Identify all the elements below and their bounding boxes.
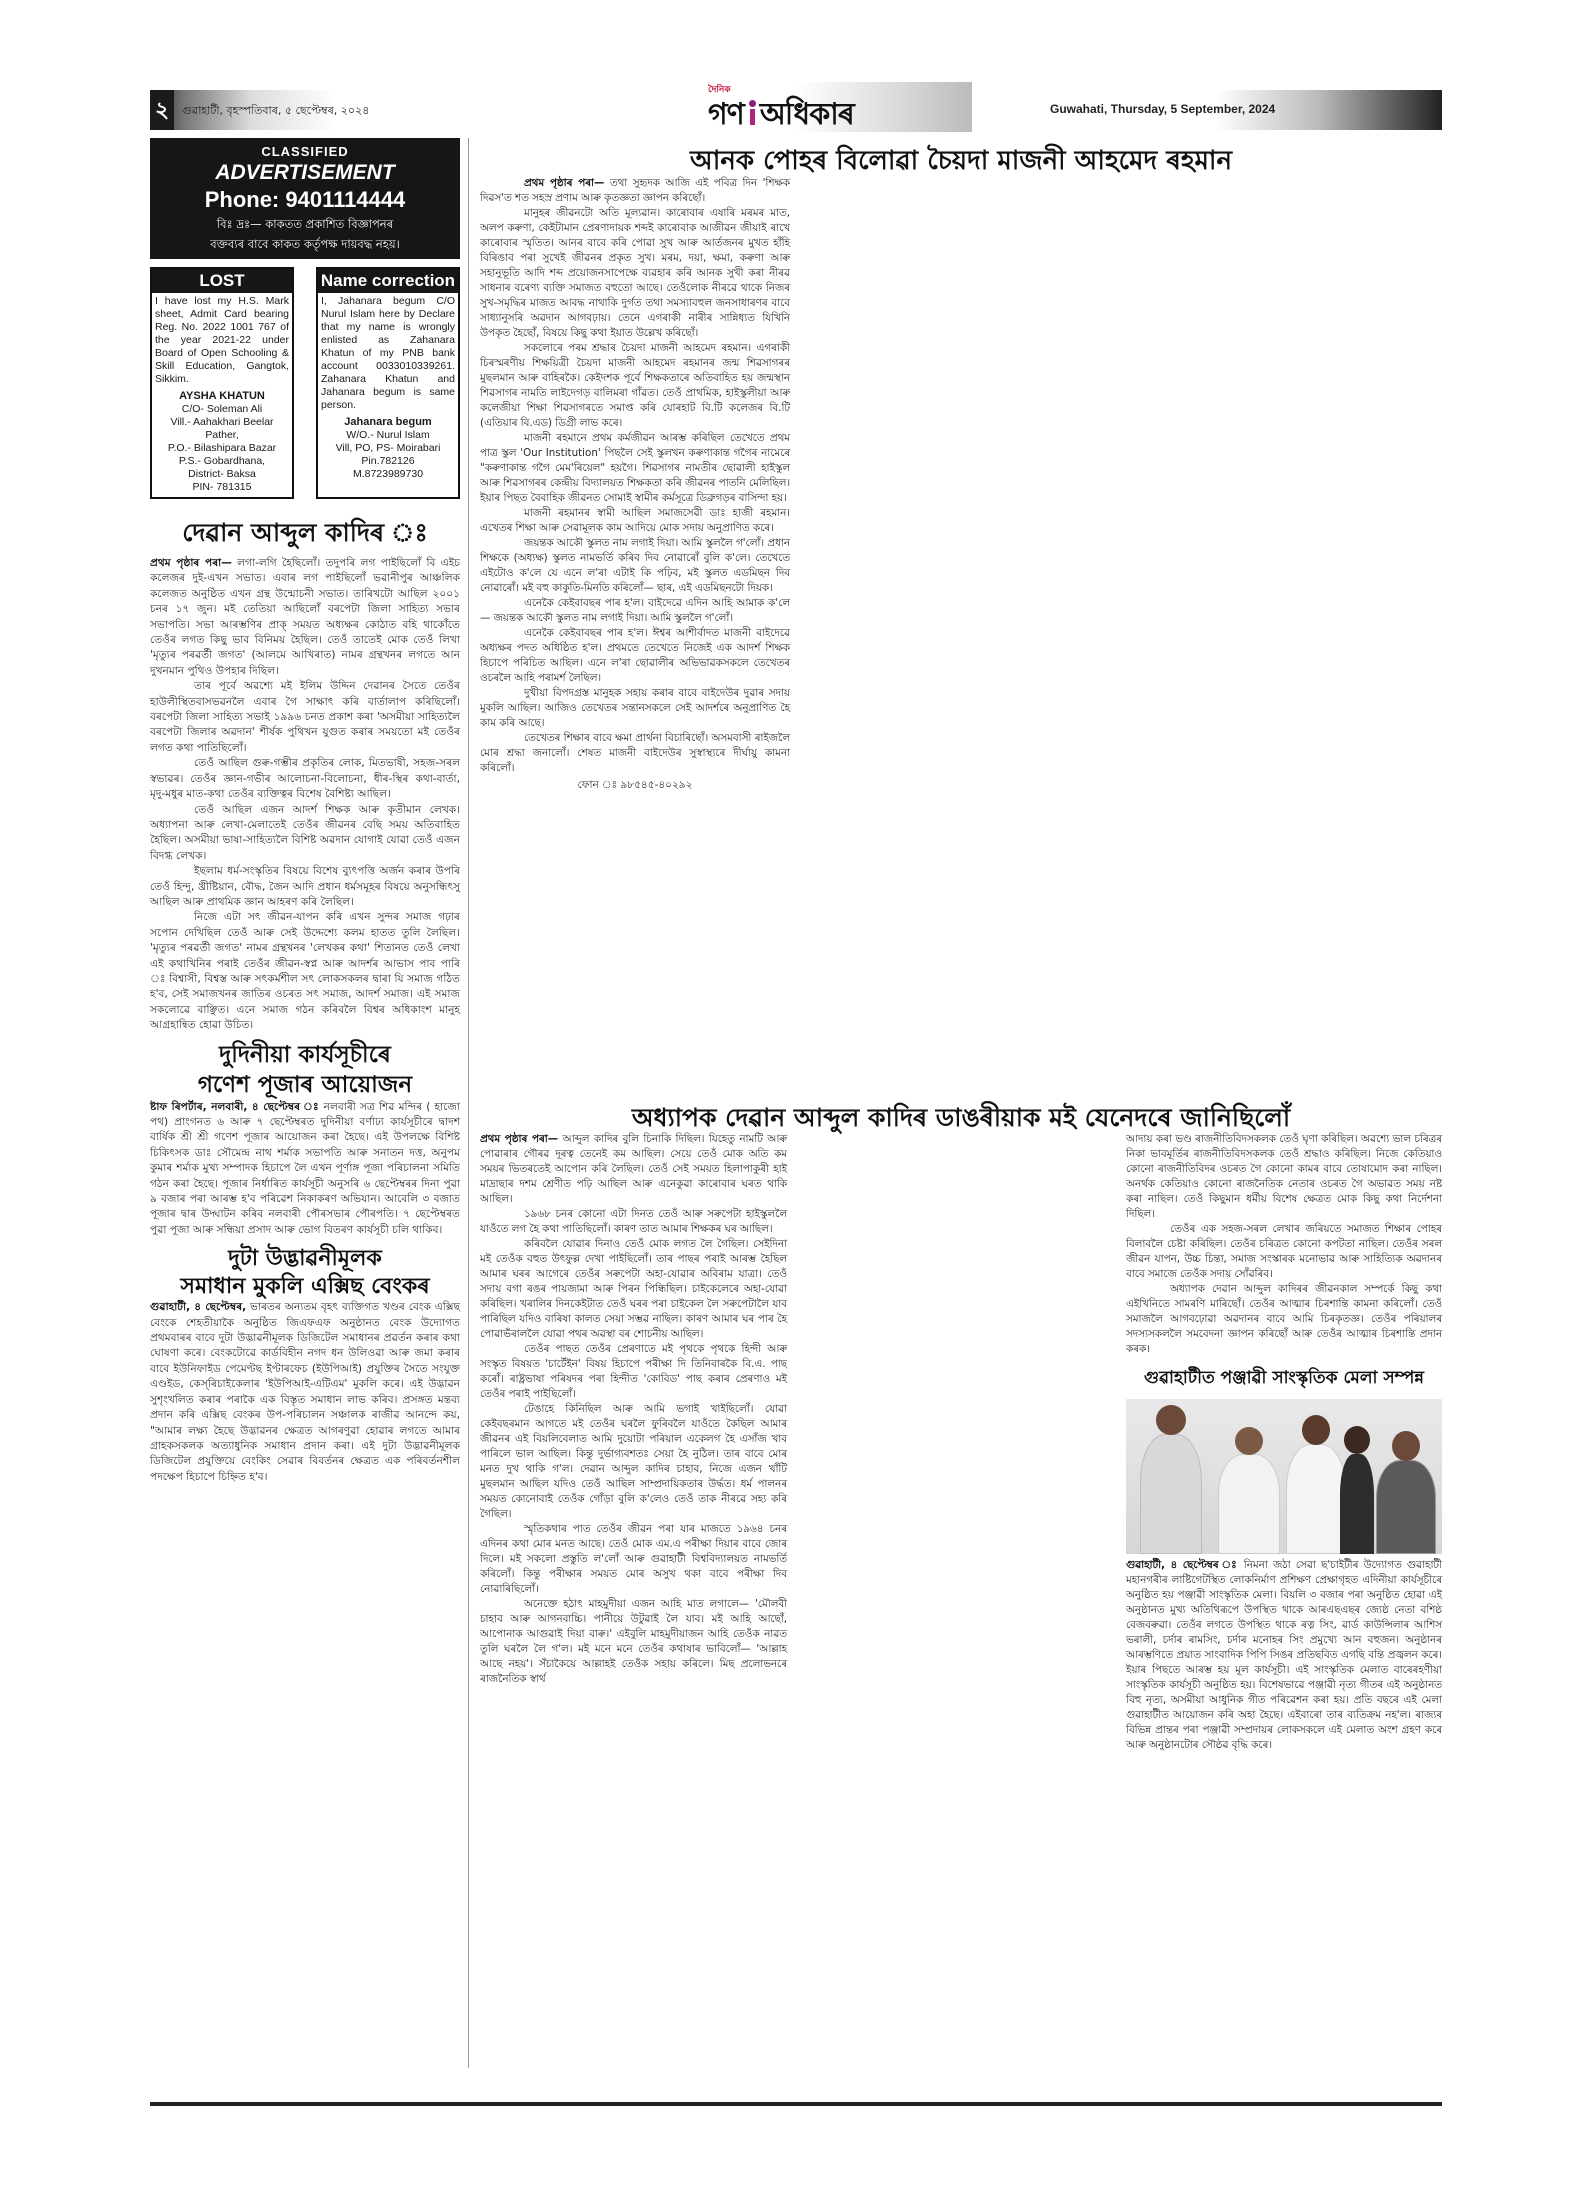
axis-headline-line2: সমাধান মুকলি এক্সিছ বেংকৰ xyxy=(150,1272,460,1300)
axis-text: ভাৰতৰ অন্যতম বৃহৎ ব্যক্তিগত খণ্ডৰ বেংক এ… xyxy=(150,1301,460,1482)
axis-lead: গুৱাহাটী, ৪ ছেপ্টেম্বৰ, xyxy=(150,1301,246,1313)
lost-ad-address-line: C/O- Soleman Ali xyxy=(154,403,290,416)
dewan-paragraph: তেওঁ আছিল গুৰু-গম্ভীৰ প্ৰকৃতিৰ লোক, মিতভ… xyxy=(150,756,460,802)
punjabi-lead: গুৱাহাটী, ৪ ছেপ্টেম্বৰ ঃ xyxy=(1126,1559,1239,1571)
lost-ad-body: I have lost my H.S. Mark sheet, Admit Ca… xyxy=(152,293,292,388)
dewan-lead: প্ৰথম পৃষ্ঠাৰ পৰা— xyxy=(150,557,232,569)
name-correction-address-line: Pin.782126 xyxy=(320,455,456,468)
second-article-continued: আদায় কৰা ভণ্ড ৰাজনীতিবিদসকলক তেওঁ ঘৃণা … xyxy=(1126,1132,1442,1357)
main-paragraph: তেখেতৰ শিক্ষাৰ বাবে ক্ষমা প্ৰাৰ্থনা বিচা… xyxy=(480,731,790,776)
logo-wordmark: গণঅধিকাৰ xyxy=(708,90,854,141)
main-paragraph: দুখীয়া বিপদগ্ৰস্ত মানুহক সহায় কৰাৰ বাব… xyxy=(480,686,790,731)
second-paragraph: তেওঁৰ পাছত তেওঁৰ প্ৰেৰণাতে মই পৃথকে পৃথক… xyxy=(480,1342,787,1402)
name-correction-body: I, Jahanara begum C/O Nurul Islam here b… xyxy=(318,293,458,414)
axis-headline-line1: দুটা উদ্ভাৱনীমূলক xyxy=(150,1244,460,1272)
classified-note-2: বক্তব্যৰ বাবে কাকত কৰ্তৃপক্ষ দায়বদ্ধ নহ… xyxy=(154,236,456,253)
lost-ad-signature: AYSHA KHATUN C/O- Soleman Ali Vill.- Aah… xyxy=(152,388,292,497)
date-english: Guwahati, Thursday, 5 September, 2024 xyxy=(1050,102,1275,116)
name-correction-address-line: M.8723989730 xyxy=(320,468,456,481)
dewan-headline: দেৱান আব্দুল কাদিৰ ঃ xyxy=(150,513,460,556)
axis-article-body: গুৱাহাটী, ৪ ছেপ্টেম্বৰ, ভাৰতৰ অন্যতম বৃহ… xyxy=(150,1300,460,1485)
main-author-phone: ফোন ঃ ৯৮৫৪৫-৪০২৯২ xyxy=(480,778,790,793)
name-correction-name: Jahanara begum xyxy=(320,416,456,429)
logo-part-1: গণ xyxy=(708,97,744,132)
classified-label: CLASSIFIED xyxy=(154,144,456,159)
ganesh-lead: ষ্টাফ ৰিপৰ্টাৰ, নলবাৰী, ৪ ছেপ্টেম্বৰ ঃ xyxy=(150,1101,319,1113)
dewan-paragraph: তেওঁ আছিল এজন আদৰ্শ শিক্ষক আৰু কৃতীমান ল… xyxy=(150,803,460,865)
second-article: প্ৰথম পৃষ্ঠাৰ পৰা— আব্দুল কাদিৰ বুলি চিন… xyxy=(480,1132,1110,2072)
punjabi-headline: গুৱাহাটীত পঞ্জাৱী সাংস্কৃতিক মেলা সম্পন্… xyxy=(1126,1365,1442,1393)
punjabi-text: নিমনা জঠা সেৱা ছ'চাইটীৰ উদ্যোগত গুৱাহাটী… xyxy=(1126,1559,1442,1751)
classified-title: ADVERTISEMENT xyxy=(154,161,456,185)
classified-banner: CLASSIFIED ADVERTISEMENT Phone: 94011144… xyxy=(150,138,460,259)
main-article: প্ৰথম পৃষ্ঠাৰ পৰা— তথা সুহৃদক আজি এই পবি… xyxy=(480,176,1442,1092)
name-correction-signature: Jahanara begum W/O.- Nurul Islam Vill, P… xyxy=(318,414,458,484)
main-paragraph: এনেকৈ কেইবাবছৰ পাৰ হ'ল। বাইদেৱে এদিন আহি… xyxy=(480,596,790,626)
date-assamese: গুৱাহাটী, বৃহস্পতিবাৰ, ৫ ছেপ্টেম্বৰ, ২০২… xyxy=(182,102,369,121)
photo-person xyxy=(1218,1454,1280,1554)
name-correction-address-line: Vill, PO, PS- Moirabari xyxy=(320,442,456,455)
lost-ad-address-line: PIN- 781315 xyxy=(154,481,290,494)
punjabi-article-body: গুৱাহাটী, ৪ ছেপ্টেম্বৰ ঃ নিমনা জঠা সেৱা … xyxy=(1126,1558,1442,1753)
column-divider xyxy=(468,138,469,2068)
photo-person xyxy=(1140,1434,1202,1554)
main-paragraph: সকলোৰে পৰম শ্ৰদ্ধাৰ চৈয়দা মাজনী আহমেদ ৰ… xyxy=(480,341,790,431)
main-article-body: প্ৰথম পৃষ্ঠাৰ পৰা— তথা সুহৃদক আজি এই পবি… xyxy=(480,176,790,793)
main-paragraph: মাজনী ৰহমানৰ স্বামী আছিল সমাজসেৱী ডাঃ হা… xyxy=(480,506,790,536)
photo-person xyxy=(1376,1460,1436,1554)
lost-ad: LOST I have lost my H.S. Mark sheet, Adm… xyxy=(150,267,294,499)
newspaper-logo: দৈনিক গণঅধিকাৰ xyxy=(702,82,972,132)
main-paragraph: জয়ন্তক আকৌ স্কুলত নাম লগাই দিয়া। আমি স… xyxy=(480,536,790,596)
second-paragraph: আদায় কৰা ভণ্ড ৰাজনীতিবিদসকলক তেওঁ ঘৃণা … xyxy=(1126,1132,1442,1222)
lost-ad-heading: LOST xyxy=(152,269,292,293)
second-paragraph: তেওঁৰ এক সহজ-সৰল লেখাৰ জৰিয়তে সমাজত শিক… xyxy=(1126,1222,1442,1282)
photo-person xyxy=(1340,1454,1374,1554)
lost-ad-address-line: District- Baksa xyxy=(154,468,290,481)
ganesh-headline-line1: দুদিনীয়া কাৰ্যসূচীৰে xyxy=(150,1040,460,1070)
main-paragraph: মাজনী ৰহমানে প্ৰথম কৰ্মজীৱন আৰম্ভ কৰিছিল… xyxy=(480,431,790,506)
classified-phone: Phone: 9401114444 xyxy=(154,187,456,213)
ganesh-article-body: ষ্টাফ ৰিপৰ্টাৰ, নলবাৰী, ৪ ছেপ্টেম্বৰ ঃ ন… xyxy=(150,1100,460,1239)
name-correction-heading: Name correction xyxy=(318,269,458,293)
logo-part-2: অধিকাৰ xyxy=(760,97,854,132)
name-correction-address-line: W/O.- Nurul Islam xyxy=(320,429,456,442)
ganesh-text: নলবাৰী সত্ৰ শিৱ মন্দিৰ ( হাজো পথ) প্ৰাংগ… xyxy=(150,1101,460,1236)
lost-ad-address-line: P.O.- Bilashipara Bazar xyxy=(154,442,290,455)
main-paragraph: এনেকৈ কেইবাবছৰ পাৰ হ'ল। ঈশ্বৰ আশীৰ্বাদত … xyxy=(480,626,790,686)
second-paragraph: স্মৃতিকথাৰ পাত তেওঁৰ জীৱন পৰা যাৰ মাজতে … xyxy=(480,1522,787,1597)
classified-note-1: বিঃ দ্রঃ— কাকতত প্রকাশিত বিজ্ঞাপনৰ xyxy=(154,216,456,233)
axis-headline: দুটা উদ্ভাৱনীমূলক সমাধান মুকলি এক্সিছ বে… xyxy=(150,1244,460,1300)
second-paragraph: অধ্যাপক দেৱান আব্দুল কাদিৰৰ জীৱনকাল সম্প… xyxy=(1126,1282,1442,1357)
main-paragraph: মানুহৰ জীৱনটো অতি মূল্যৱান। কাৰোবাৰ এষাৰ… xyxy=(480,206,790,341)
dewan-article-body: প্ৰথম পৃষ্ঠাৰ পৰা— লগা-লগি হৈছিলোঁ। তদুপ… xyxy=(150,556,460,1034)
second-paragraph: টেঙাহে কিনিছিল আৰু আমি ভগাই খাইছিলোঁ। যো… xyxy=(480,1402,787,1522)
lost-ad-address-line: P.S.- Gobardhana, xyxy=(154,455,290,468)
classified-ads: LOST I have lost my H.S. Mark sheet, Adm… xyxy=(150,267,460,499)
name-correction-ad: Name correction I, Jahanara begum C/O Nu… xyxy=(316,267,460,499)
page-number: ২ xyxy=(150,90,174,130)
second-article-body: প্ৰথম পৃষ্ঠাৰ পৰা— আব্দুল কাদিৰ বুলি চিন… xyxy=(480,1132,787,1687)
ganesh-headline-line2: গণেশ পূজাৰ আয়োজন xyxy=(150,1070,460,1100)
lost-ad-name: AYSHA KHATUN xyxy=(154,390,290,403)
main-lead: প্ৰথম পৃষ্ঠাৰ পৰা— xyxy=(524,177,604,189)
masthead: ২ গুৱাহাটী, বৃহস্পতিবাৰ, ৫ ছেপ্টেম্বৰ, ২… xyxy=(150,82,1442,132)
page-bottom-rule xyxy=(150,2102,1442,2106)
logo-figure-icon xyxy=(747,100,757,126)
dewan-paragraph: ইছলাম ধৰ্ম-সংস্কৃতিৰ বিষয়ে বিশেষ ব্যুৎপ… xyxy=(150,864,460,910)
second-paragraph: অনেক্তে হঠাৎ মাহমুদীয়া এজন আহি মাত লগাল… xyxy=(480,1597,787,1687)
masthead-right-band: Guwahati, Thursday, 5 September, 2024 xyxy=(1030,90,1442,130)
dewan-paragraph: তাৰ পূৰ্বে অৱশ্যে মই ইলিম উদ্দিন দেৱানৰ … xyxy=(150,679,460,756)
photo-person xyxy=(1286,1444,1346,1554)
right-column: আদায় কৰা ভণ্ড ৰাজনীতিবিদসকলক তেওঁ ঘৃণা … xyxy=(1126,1132,1442,1753)
dewan-paragraph: লগা-লগি হৈছিলোঁ। তদুপৰি লগ পাইছিলোঁ বি এ… xyxy=(150,557,460,677)
newspaper-page: ২ গুৱাহাটী, বৃহস্পতিবাৰ, ৫ ছেপ্টেম্বৰ, ২… xyxy=(150,82,1442,132)
masthead-left-band: ২ গুৱাহাটী, বৃহস্পতিবাৰ, ৫ ছেপ্টেম্বৰ, ২… xyxy=(150,90,490,130)
second-lead: প্ৰথম পৃষ্ঠাৰ পৰা— xyxy=(480,1133,558,1145)
lost-ad-address-line: Vill.- Aahakhari Beelar Pather, xyxy=(154,416,290,442)
punjabi-event-photo xyxy=(1126,1399,1442,1554)
dewan-paragraph: নিজে এটা সৎ জীৱন-যাপন কৰি এখন সুন্দৰ সমা… xyxy=(150,910,460,1033)
ganesh-headline: দুদিনীয়া কাৰ্যসূচীৰে গণেশ পূজাৰ আয়োজন xyxy=(150,1040,460,1100)
left-column: CLASSIFIED ADVERTISEMENT Phone: 94011144… xyxy=(150,138,460,1485)
second-paragraph: কৰিবলৈ যোৱাৰ দিনাও তেওঁ মোক লগত লৈ গৈছিল… xyxy=(480,1237,787,1342)
second-paragraph: ১৯৬৮ চনৰ কোনো এটা দিনত তেওঁ আৰু সৰুপেটা … xyxy=(480,1207,787,1237)
